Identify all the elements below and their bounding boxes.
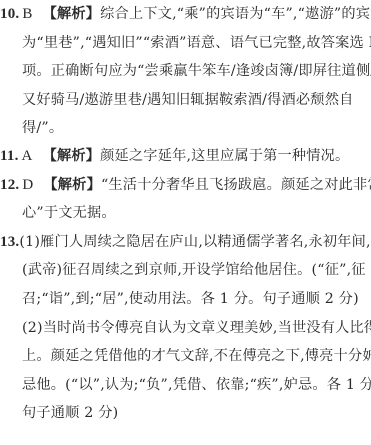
q10-line-2: 为“里巷”,“遇知旧”“索酒”语意、语气已完整,故答案选 B xyxy=(22,34,371,52)
question-number: 10. xyxy=(0,6,19,22)
question-number: 12. xyxy=(0,177,19,193)
answer-key-page: 10.B【解析】综合上下文,“乘”的宾语为“车”,“遨游”的宾语 为“里巷”,“… xyxy=(0,0,371,445)
q10-line-1: 10.B【解析】综合上下文,“乘”的宾语为“车”,“遨游”的宾语 xyxy=(0,5,371,23)
q12-line-1: 12.D【解析】“生活十分奢华且飞扬跋扈。颜延之对此非常担 xyxy=(0,176,371,194)
q13-line-7: 句子通顺 2 分) xyxy=(22,404,118,422)
q10-line-4: 又好骑马/遨游里巷/遇知旧辄据鞍索酒/得酒必颓然自 xyxy=(22,91,353,109)
question-number: 13. xyxy=(0,234,19,250)
q11-line-1: 11.A【解析】颜延之字延年,这里应属于第一种情况。 xyxy=(0,147,349,165)
q13-line-2: (武帝)征召周续之到京师,开设学馆给他居住。(“征”,征 xyxy=(22,261,366,279)
q13-line-4: (2)当时尚书令傅亮自认为文章义理美妙,当世没有人比得 xyxy=(22,319,371,337)
analysis-text: “生活十分奢华且飞扬跋扈。颜延之对此非常担 xyxy=(101,177,371,193)
answer-letter: A xyxy=(22,148,33,164)
q13-line-3: 召;“诣”,到;“居”,使动用法。各 1 分。句子通顺 2 分) xyxy=(22,290,359,308)
analysis-tag: 【解析】 xyxy=(43,6,101,22)
translation-text: (1)雁门人周续之隐居在庐山,以精通儒学著名,永初年间, xyxy=(19,234,370,250)
q10-line-5: 得/”。 xyxy=(22,119,63,137)
question-number: 11. xyxy=(0,148,19,164)
analysis-text: 综合上下文,“乘”的宾语为“车”,“遨游”的宾语 xyxy=(100,6,371,22)
q12-line-2: 心”于文无据。 xyxy=(22,204,116,222)
analysis-tag: 【解析】 xyxy=(43,148,101,164)
q13-line-5: 上。颜延之凭借他的才气文辞,不在傅亮之下,傅亮十分妒 xyxy=(22,347,371,365)
analysis-text: 颜延之字延年,这里应属于第一种情况。 xyxy=(100,148,349,164)
answer-letter: D xyxy=(22,177,33,193)
q10-line-3: 项。正确断句应为“尝乘羸牛笨车/逢竣卤簿/即屏往道侧/ xyxy=(22,62,371,80)
analysis-tag: 【解析】 xyxy=(43,177,101,193)
answer-letter: B xyxy=(22,6,32,22)
q13-line-6: 忌他。(“以”,认为;“负”,凭借、依靠;“疾”,妒忌。各 1 分。 xyxy=(22,376,371,394)
q13-line-1: 13.(1)雁门人周续之隐居在庐山,以精通儒学著名,永初年间, xyxy=(0,233,371,251)
